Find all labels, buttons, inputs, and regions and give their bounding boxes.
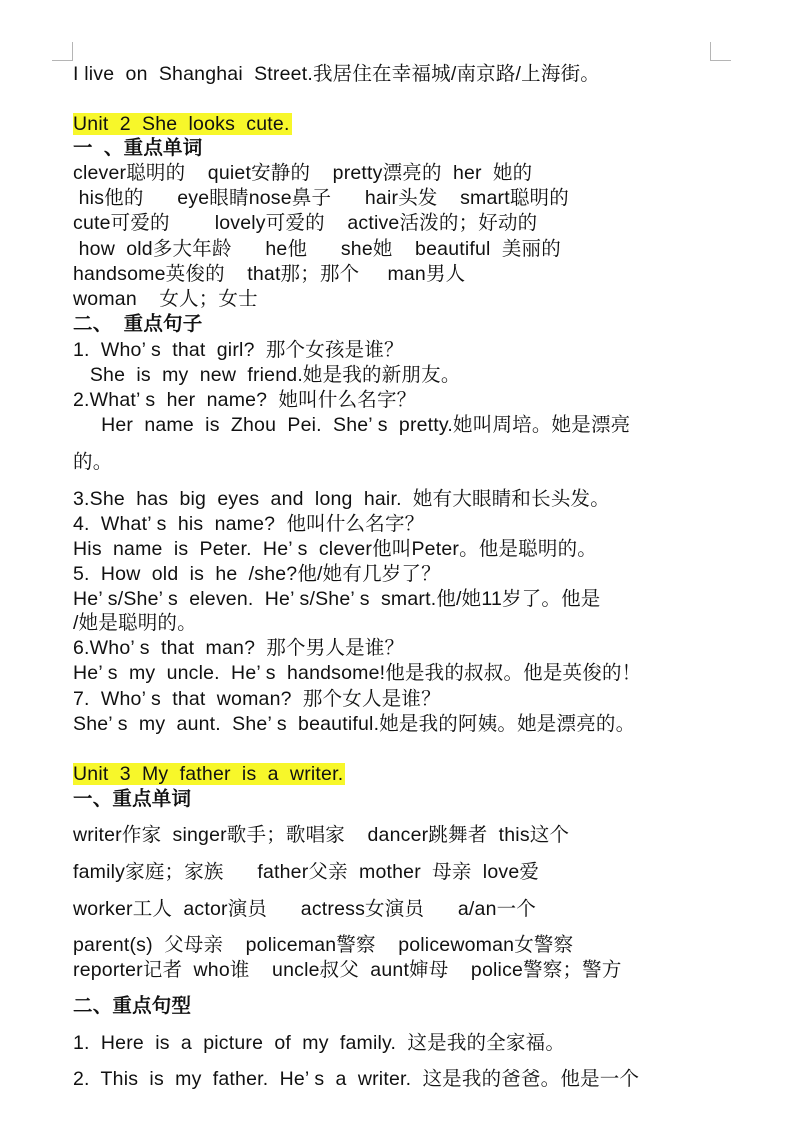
text-line: 1. Here is a picture of my family. 这是我的全…: [73, 1031, 565, 1055]
text-line: 5. How old is he /she?他/她有几岁了？: [73, 562, 441, 586]
line-text: He’ s/She’ s eleven. He’ s/She’ s smart.…: [73, 588, 601, 610]
line-text: worker工人 actor演员 actress女演员 a/an一个: [73, 898, 536, 920]
text-line: parent(s) 父母亲 policeman警察 policewoman女警察: [73, 933, 573, 957]
line-text: She is my new friend.她是我的新朋友。: [73, 364, 461, 386]
text-line: 1. Who’ s that girl? 那个女孩是谁？: [73, 338, 404, 362]
section-heading: 二、 重点句子: [73, 312, 202, 336]
line-text: his他的 eye眼睛nose鼻子 hair头发 smart聪明的: [73, 187, 569, 209]
text-line: handsome英俊的 that那；那个 man男人: [73, 262, 465, 286]
text-line: 3.She has big eyes and long hair. 她有大眼睛和…: [73, 487, 610, 511]
line-text: 6.Who’ s that man? 那个男人是谁？: [73, 637, 404, 659]
text-line: He’ s/She’ s eleven. He’ s/She’ s smart.…: [73, 587, 601, 611]
line-text: I live on Shanghai Street.我居住在幸福城/南京路/上海…: [73, 63, 600, 85]
page-corner-mark-top-right: [710, 42, 731, 61]
text-line: 4. What’ s his name? 他叫什么名字？: [73, 512, 424, 536]
text-line: family家庭；家族 father父亲 mother 母亲 love爱: [73, 860, 539, 884]
text-line: I live on Shanghai Street.我居住在幸福城/南京路/上海…: [73, 62, 600, 86]
line-text: /她是聪明的。: [73, 612, 197, 634]
line-text: 的。: [73, 451, 112, 473]
line-text: reporter记者 who谁 uncle叔父 aunt婶母 police警察；…: [73, 959, 622, 981]
line-text: cute可爱的 lovely可爱的 active活泼的；好动的: [73, 212, 537, 234]
line-text: 4. What’ s his name? 他叫什么名字？: [73, 513, 424, 535]
line-text: 1. Here is a picture of my family. 这是我的全…: [73, 1032, 565, 1054]
text-line: worker工人 actor演员 actress女演员 a/an一个: [73, 897, 536, 921]
page-corner-mark-top-left: [52, 42, 73, 61]
line-text: Unit 2 She looks cute.: [73, 113, 292, 135]
text-line: 的。: [73, 450, 112, 474]
line-text: 一、重点单词: [73, 788, 191, 810]
line-text: family家庭；家族 father父亲 mother 母亲 love爱: [73, 861, 539, 883]
section-heading: 一 、重点单词: [73, 136, 202, 160]
line-text: Her name is Zhou Pei. She’ s pretty.她叫周培…: [73, 414, 630, 436]
line-text: how old多大年龄 he他 she她 beautiful 美丽的: [73, 238, 561, 260]
line-text: writer作家 singer歌手；歌唱家 dancer跳舞者 this这个: [73, 824, 569, 846]
text-line: clever聪明的 quiet安静的 pretty漂亮的 her 她的: [73, 161, 532, 185]
text-line: his他的 eye眼睛nose鼻子 hair头发 smart聪明的: [73, 186, 569, 210]
line-text: clever聪明的 quiet安静的 pretty漂亮的 her 她的: [73, 162, 532, 184]
text-line: His name is Peter. He’ s clever他叫Peter。他…: [73, 537, 597, 561]
line-text: parent(s) 父母亲 policeman警察 policewoman女警察: [73, 934, 573, 956]
text-line: writer作家 singer歌手；歌唱家 dancer跳舞者 this这个: [73, 823, 569, 847]
text-line: Her name is Zhou Pei. She’ s pretty.她叫周培…: [73, 413, 630, 437]
line-text: 2. This is my father. He’ s a writer. 这是…: [73, 1068, 639, 1090]
line-text: She’ s my aunt. She’ s beautiful.她是我的阿姨。…: [73, 713, 635, 735]
text-line: /她是聪明的。: [73, 611, 197, 635]
text-line: She is my new friend.她是我的新朋友。: [73, 363, 461, 387]
line-text: 1. Who’ s that girl? 那个女孩是谁？: [73, 339, 404, 361]
line-text: 二、重点句型: [73, 995, 191, 1017]
section-heading: 一、重点单词: [73, 787, 191, 811]
line-text: handsome英俊的 that那；那个 man男人: [73, 263, 465, 285]
line-text: 二、 重点句子: [73, 313, 202, 335]
text-line: She’ s my aunt. She’ s beautiful.她是我的阿姨。…: [73, 712, 635, 736]
line-text: 5. How old is he /she?他/她有几岁了？: [73, 563, 441, 585]
line-text: Unit 3 My father is a writer.: [73, 763, 345, 785]
line-text: 3.She has big eyes and long hair. 她有大眼睛和…: [73, 488, 610, 510]
line-text: He’ s my uncle. He’ s handsome!他是我的叔叔。他是…: [73, 662, 641, 684]
text-line: how old多大年龄 he他 she她 beautiful 美丽的: [73, 237, 561, 261]
line-text: 一 、重点单词: [73, 137, 202, 159]
text-line: 6.Who’ s that man? 那个男人是谁？: [73, 636, 404, 660]
unit-heading: Unit 2 She looks cute.: [73, 112, 292, 136]
text-line: reporter记者 who谁 uncle叔父 aunt婶母 police警察；…: [73, 958, 622, 982]
line-text: 2.What’ s her name? 她叫什么名字？: [73, 389, 416, 411]
line-text: woman 女人；女士: [73, 288, 258, 310]
text-line: 2.What’ s her name? 她叫什么名字？: [73, 388, 416, 412]
line-text: 7. Who’ s that woman? 那个女人是谁？: [73, 688, 441, 710]
section-heading: 二、重点句型: [73, 994, 191, 1018]
line-text: His name is Peter. He’ s clever他叫Peter。他…: [73, 538, 597, 560]
text-line: cute可爱的 lovely可爱的 active活泼的；好动的: [73, 211, 537, 235]
text-line: 7. Who’ s that woman? 那个女人是谁？: [73, 687, 441, 711]
text-line: He’ s my uncle. He’ s handsome!他是我的叔叔。他是…: [73, 661, 641, 685]
text-line: woman 女人；女士: [73, 287, 258, 311]
unit-heading: Unit 3 My father is a writer.: [73, 762, 345, 786]
text-line: 2. This is my father. He’ s a writer. 这是…: [73, 1067, 639, 1091]
